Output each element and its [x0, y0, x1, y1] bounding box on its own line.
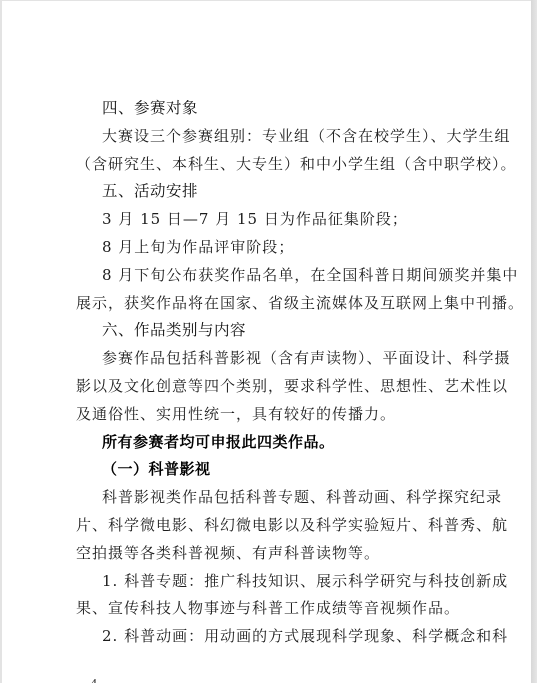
bold-note: 所有参赛者均可申报此四类作品。 [76, 429, 468, 457]
document-page: 四、参赛对象 大赛设三个参赛组别：专业组（不含在校学生）、大学生组 （含研究生、… [2, 1, 531, 683]
document-body: 四、参赛对象 大赛设三个参赛组别：专业组（不含在校学生）、大学生组 （含研究生、… [76, 95, 468, 651]
paragraph-line: 空拍摄等各类科普视频、有声科普读物等。 [76, 540, 468, 568]
page-edge-shadow [531, 0, 537, 683]
paragraph-line: 3 月 15 日—7 月 15 日为作品征集阶段； [76, 206, 468, 234]
paragraph-line: 片、科学微电影、科幻微电影以及科学实验短片、科普秀、航 [76, 512, 468, 540]
paragraph-line: 科普影视类作品包括科普专题、科普动画、科学探究纪录 [76, 484, 468, 512]
section-heading-categories: 六、作品类别与内容 [76, 317, 468, 345]
paragraph-line: 8 月下旬公布获奖作品名单，在全国科普日期间颁奖并集中 [76, 262, 468, 290]
paragraph-line: 及通俗性、实用性统一，具有较好的传播力。 [76, 401, 468, 429]
paragraph-line: 影以及文化创意等四个类别，要求科学性、思想性、艺术性以 [76, 373, 468, 401]
paragraph-line: 展示，获奖作品将在国家、省级主流媒体及互联网上集中刊播。 [76, 290, 468, 318]
paragraph-line: 大赛设三个参赛组别：专业组（不含在校学生）、大学生组 [76, 123, 468, 151]
subsection-heading-science-video: （一）科普影视 [76, 456, 468, 484]
section-heading-schedule: 五、活动安排 [76, 178, 468, 206]
list-item-science-topic: 1. 科普专题：推广科技知识、展示科学研究与科技创新成 [76, 568, 468, 596]
paragraph-line: （含研究生、本科生、大专生）和中小学生组（含中职学校）。 [76, 151, 468, 179]
list-item-science-animation: 2. 科普动画：用动画的方式展现科学现象、科学概念和科 [76, 623, 468, 651]
paragraph-line: 果、宣传科技人物事迹与科普工作成绩等音视频作品。 [76, 595, 468, 623]
section-heading-participants: 四、参赛对象 [76, 95, 468, 123]
page-number: 4 [90, 678, 97, 683]
paragraph-line: 参赛作品包括科普影视（含有声读物）、平面设计、科学摄 [76, 345, 468, 373]
paragraph-line: 8 月上旬为作品评审阶段； [76, 234, 468, 262]
